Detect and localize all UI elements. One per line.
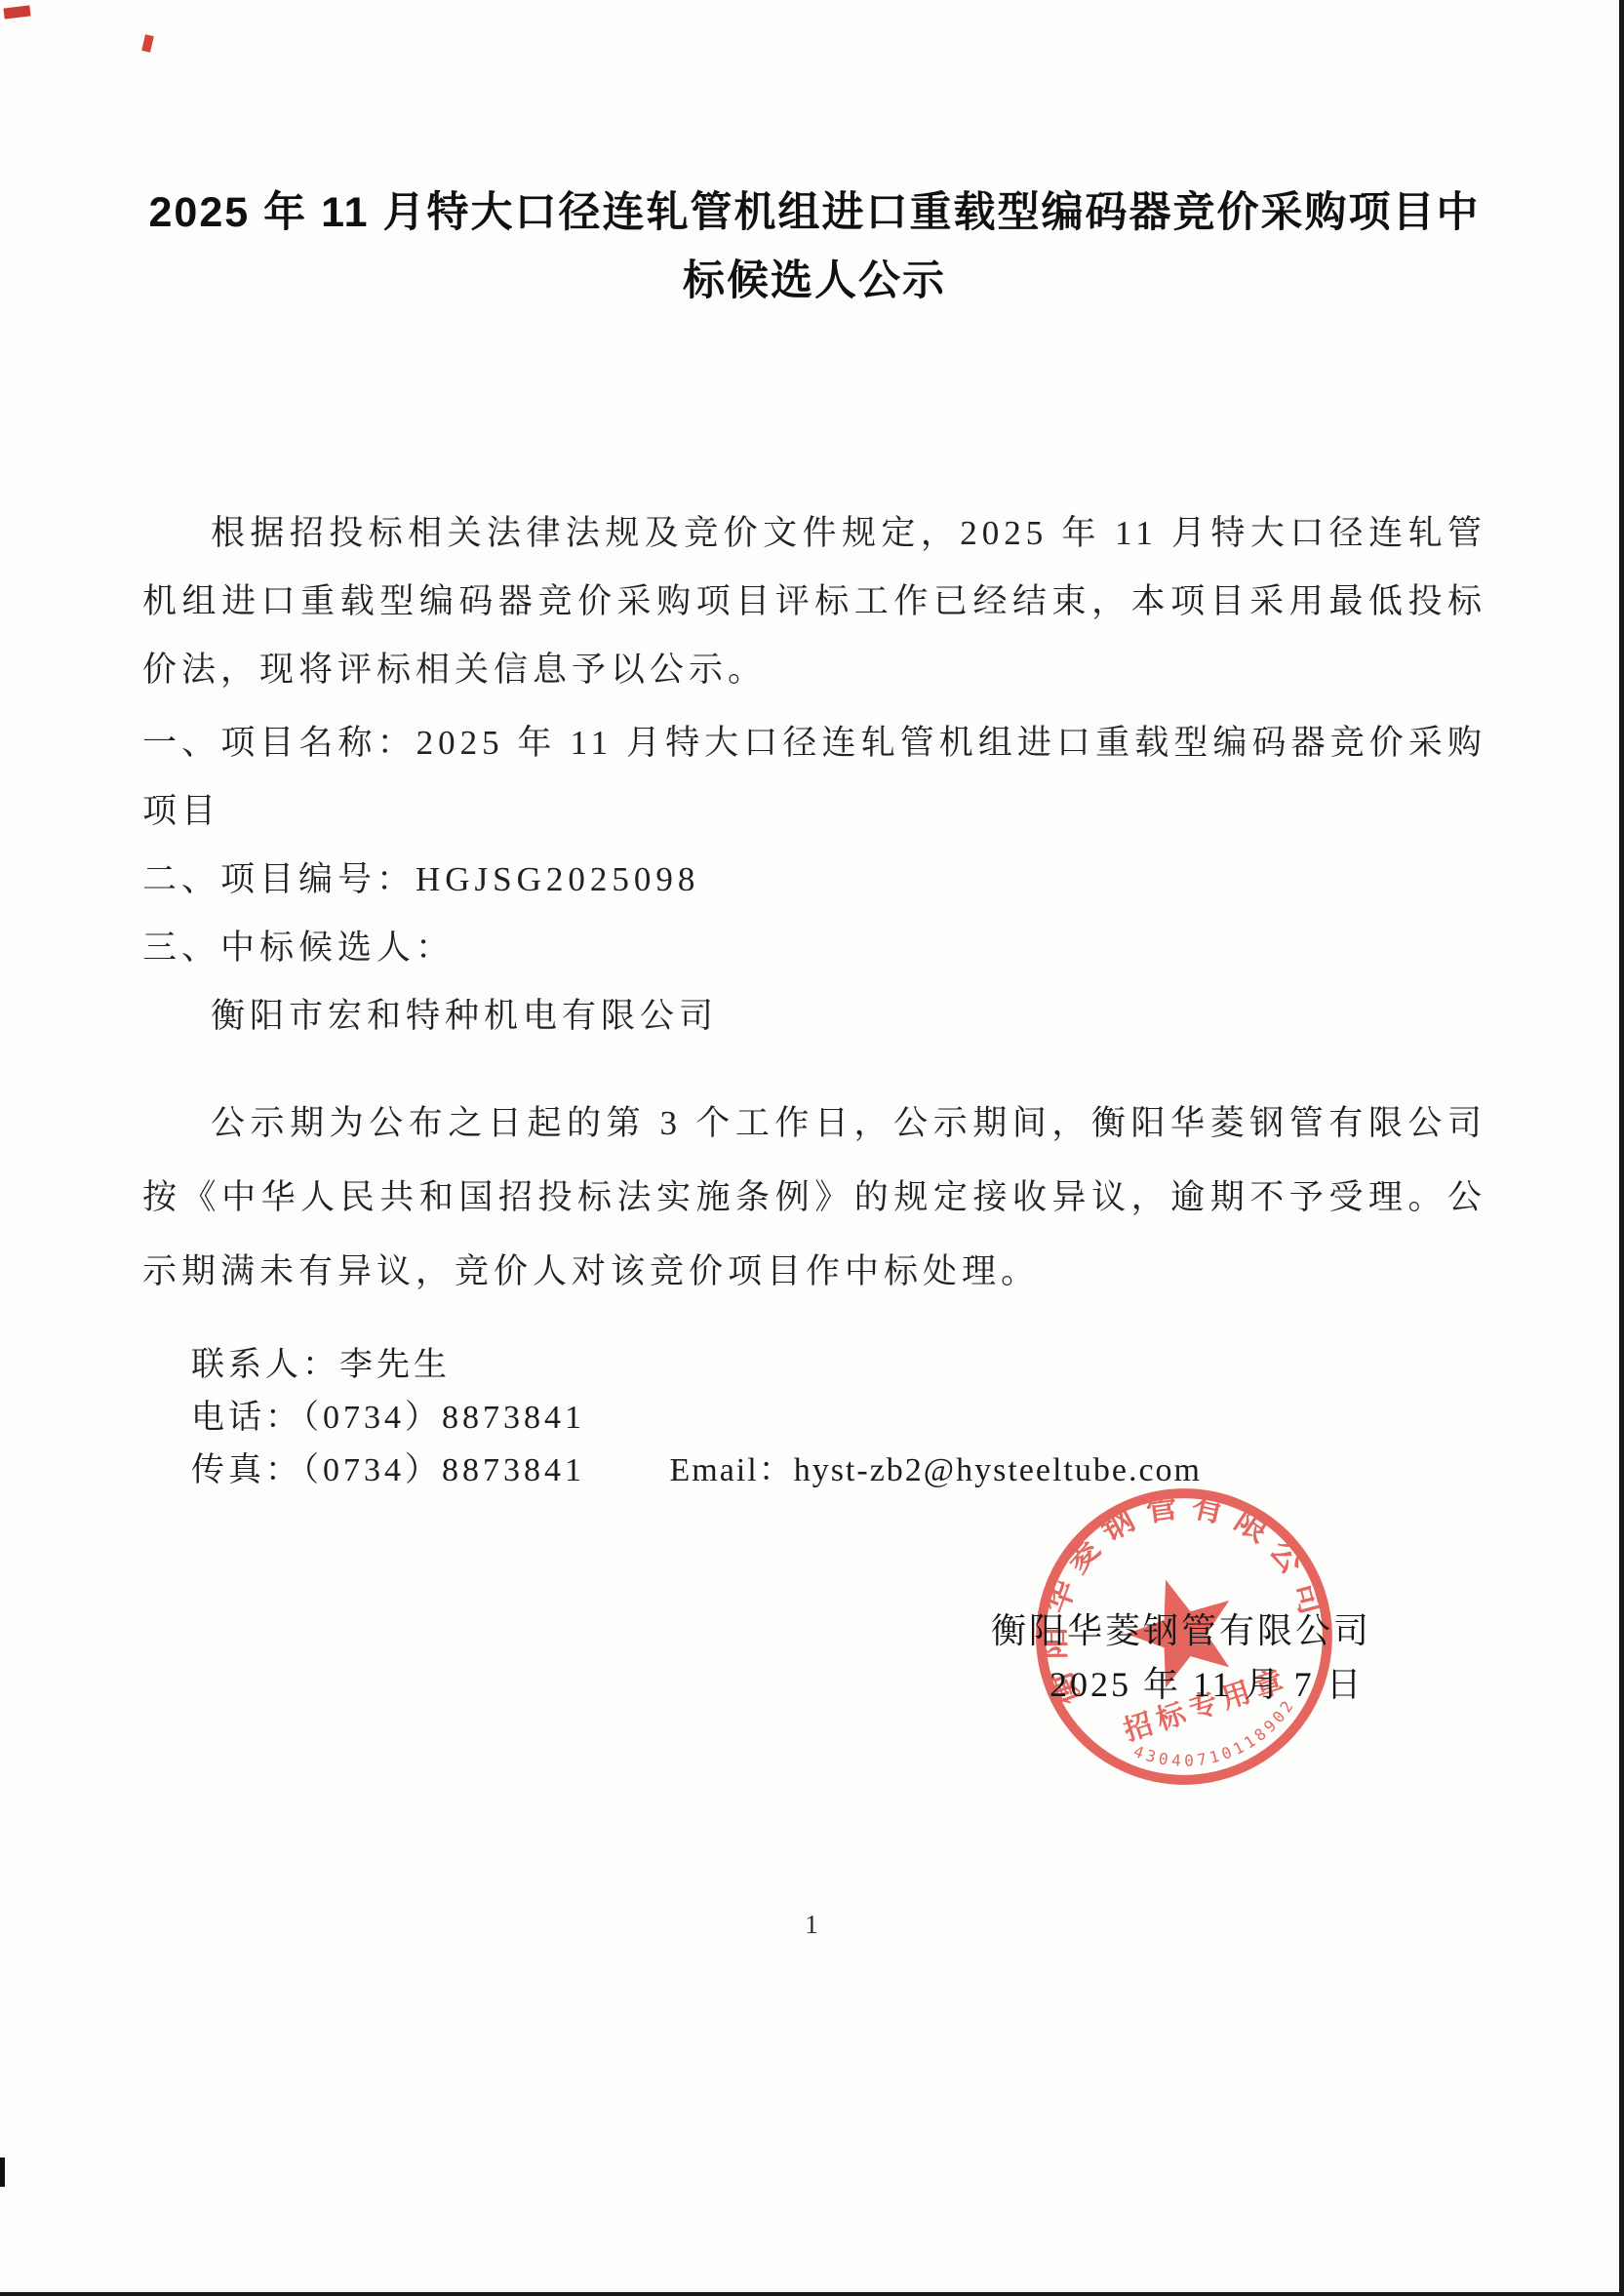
contact-fax: 传真：（0734）8873841 xyxy=(191,1452,585,1488)
page-title: 2025 年 11 月特大口径连轧管机组进口重载型编码器竞价采购项目中标候选人公… xyxy=(142,178,1486,315)
page-number: 1 xyxy=(0,1910,1624,1940)
item-project-code: 二、项目编号：HGJSG2025098 xyxy=(142,846,1486,914)
red-ink-speck xyxy=(141,34,154,53)
document-page: 2025 年 11 月特大口径连轧管机组进口重载型编码器竞价采购项目中标候选人公… xyxy=(0,0,1624,2296)
signature-date: 2025 年 11 月 7 日 xyxy=(1050,1657,1365,1707)
winning-candidate-name: 衡阳市宏和特种机电有限公司 xyxy=(142,982,1486,1050)
scan-edge-mark xyxy=(0,2157,5,2187)
signature-company: 衡阳华菱钢管有限公司 xyxy=(991,1603,1371,1653)
paragraph-publicity: 公示期为公布之日起的第 3 个工作日，公示期间，衡阳华菱钢管有限公司按《中华人民… xyxy=(142,1087,1486,1309)
scan-edge-bottom xyxy=(0,2292,1624,2296)
paragraph-intro: 根据招投标相关法律法规及竞价文件规定，2025 年 11 月特大口径连轧管机组进… xyxy=(142,499,1486,704)
item-project-name: 一、项目名称：2025 年 11 月特大口径连轧管机组进口重载型编码器竞价采购项… xyxy=(142,709,1486,846)
scan-edge-right xyxy=(1619,0,1624,2296)
contact-person: 联系人：李先生 xyxy=(191,1339,1202,1392)
item-candidates-heading: 三、中标候选人： xyxy=(142,914,1486,982)
contact-phone: 电话：（0734）8873841 xyxy=(191,1392,1202,1445)
red-ink-speck xyxy=(3,5,30,19)
